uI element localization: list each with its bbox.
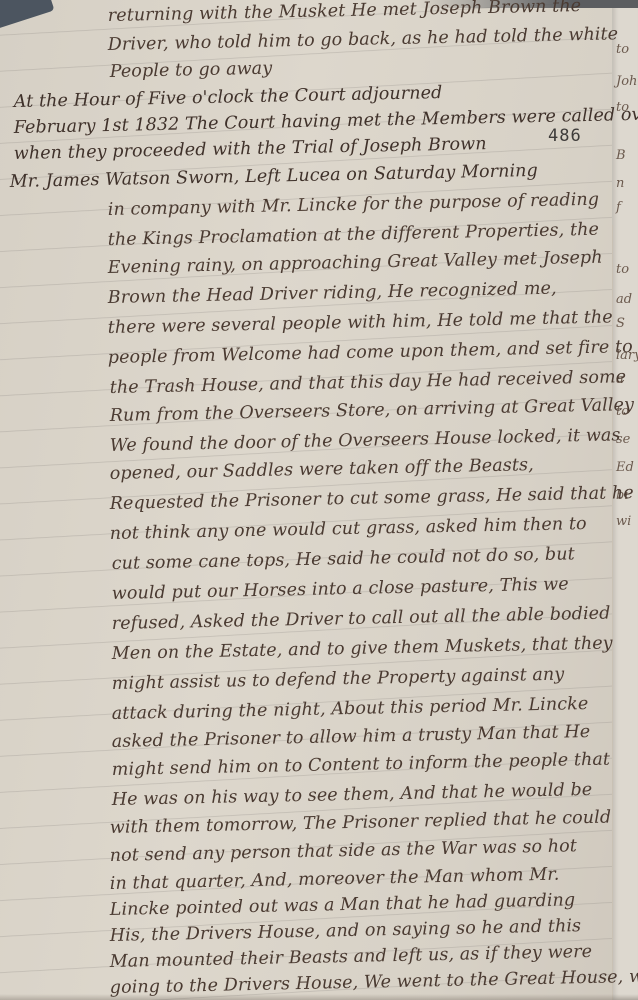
adjacent-fragment: f	[616, 200, 621, 215]
document-photo: to Joh to B n f to ad S lary a to se Ed …	[0, 0, 638, 1000]
adjacent-fragment: B	[616, 148, 626, 163]
adjacent-fragment: n	[616, 176, 624, 191]
adjacent-fragment: Joh	[616, 74, 637, 89]
text-line: People to go away	[110, 59, 273, 82]
page-number: 486	[548, 126, 582, 146]
bottom-edge-shadow	[0, 994, 638, 1000]
